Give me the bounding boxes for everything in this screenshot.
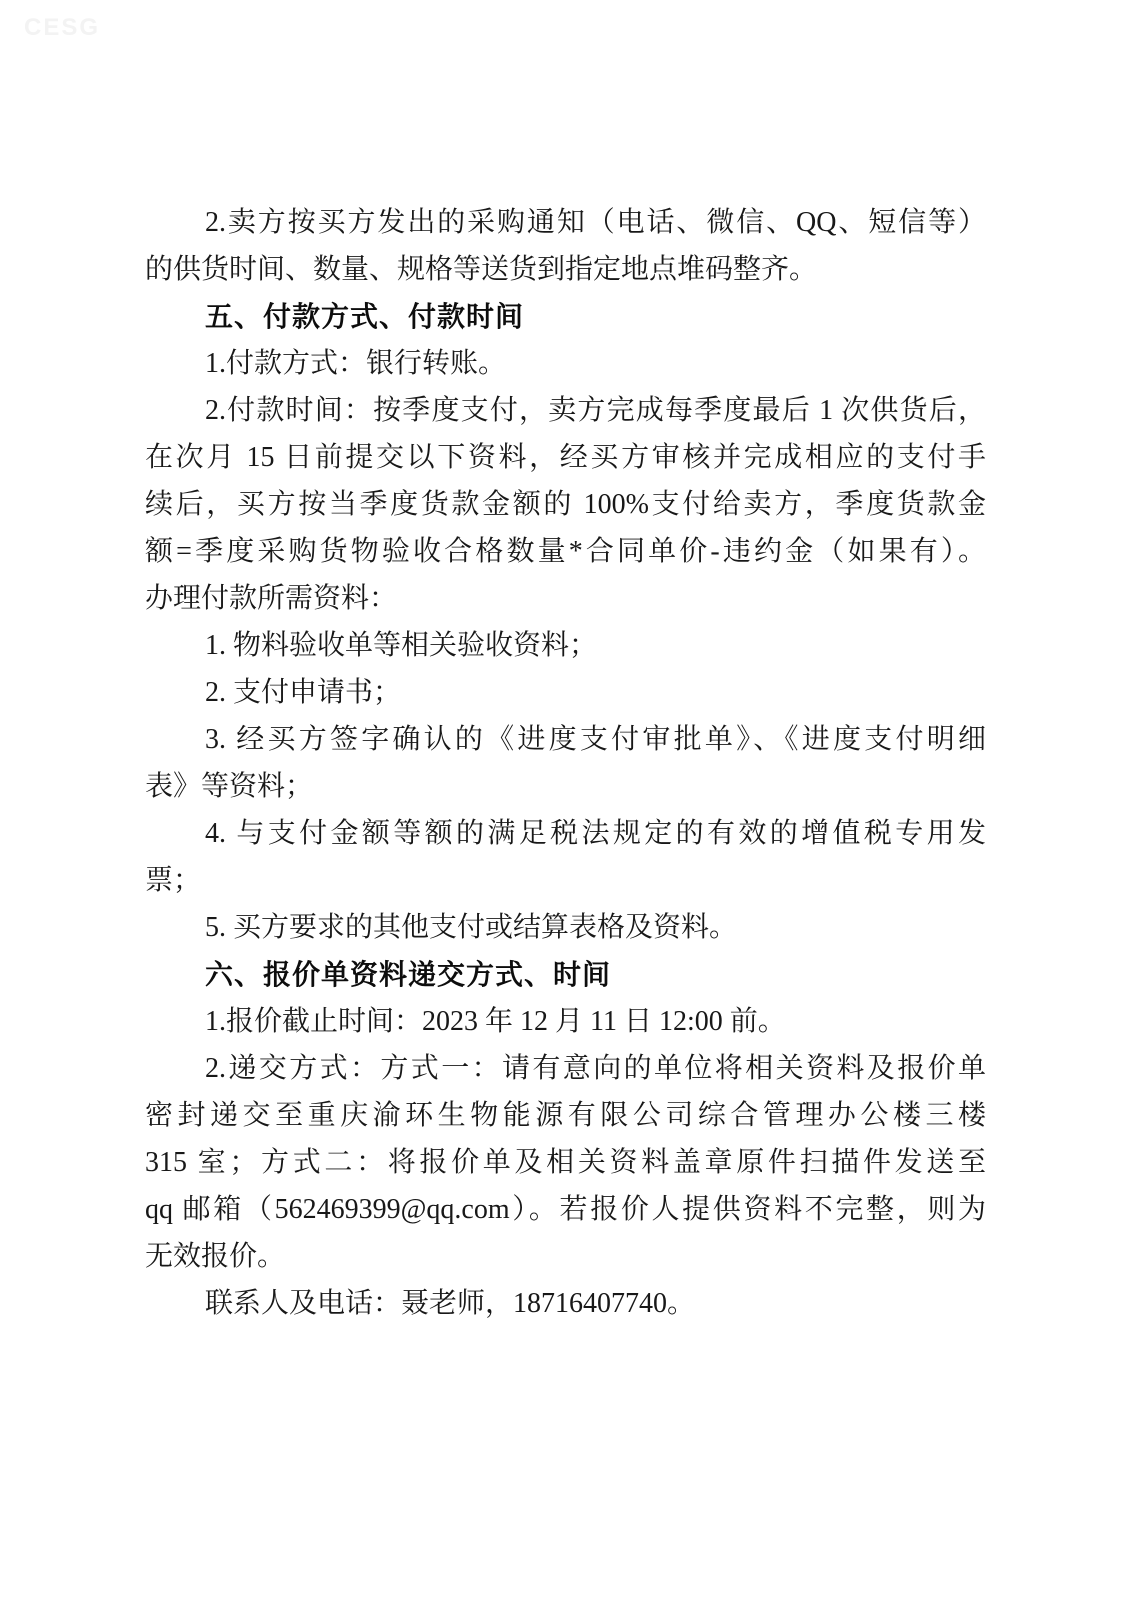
doc-line: 2.卖方按买方发出的采购通知（电话、微信、QQ、短信等） <box>145 199 986 246</box>
doc-line: 在次月 15 日前提交以下资料，经买方审核并完成相应的支付手 <box>145 434 986 481</box>
doc-line: 的供货时间、数量、规格等送货到指定地点堆码整齐。 <box>145 246 986 293</box>
document-page: CESG 2.卖方按买方发出的采购通知（电话、微信、QQ、短信等） 的供货时间、… <box>0 0 1131 1600</box>
doc-line: 密封递交至重庆渝环生物能源有限公司综合管理办公楼三楼 <box>145 1092 986 1139</box>
doc-line: 续后，买方按当季度货款金额的 100%支付给卖方，季度货款金 <box>145 481 986 528</box>
doc-line: 办理付款所需资料： <box>145 575 986 622</box>
doc-line: 315 室；方式二：将报价单及相关资料盖章原件扫描件发送至 <box>145 1139 986 1186</box>
doc-line: 无效报价。 <box>145 1233 986 1280</box>
section-5-heading: 五、付款方式、付款时间 <box>145 293 986 340</box>
watermark-logo: CESG <box>24 14 100 42</box>
contact-line: 联系人及电话：聂老师，18716407740。 <box>145 1280 986 1327</box>
list-item: 表》等资料； <box>145 763 986 810</box>
doc-line: qq 邮箱（562469399@qq.com）。若报价人提供资料不完整，则为 <box>145 1186 986 1233</box>
list-item: 4. 与支付金额等额的满足税法规定的有效的增值税专用发 <box>145 810 986 857</box>
section-6-heading: 六、报价单资料递交方式、时间 <box>145 951 986 998</box>
doc-line: 额=季度采购货物验收合格数量*合同单价-违约金（如果有）。 <box>145 528 986 575</box>
list-item: 3. 经买方签字确认的《进度支付审批单》、《进度支付明细 <box>145 716 986 763</box>
list-item: 1. 物料验收单等相关验收资料； <box>145 622 986 669</box>
doc-line: 2.递交方式：方式一：请有意向的单位将相关资料及报价单 <box>145 1045 986 1092</box>
list-item: 票； <box>145 857 986 904</box>
list-item: 5. 买方要求的其他支付或结算表格及资料。 <box>145 904 986 951</box>
doc-line: 1.报价截止时间：2023 年 12 月 11 日 12:00 前。 <box>145 998 986 1045</box>
document-body: 2.卖方按买方发出的采购通知（电话、微信、QQ、短信等） 的供货时间、数量、规格… <box>145 199 986 1327</box>
doc-line: 1.付款方式：银行转账。 <box>145 340 986 387</box>
doc-line: 2.付款时间：按季度支付，卖方完成每季度最后 1 次供货后， <box>145 387 986 434</box>
list-item: 2. 支付申请书； <box>145 669 986 716</box>
